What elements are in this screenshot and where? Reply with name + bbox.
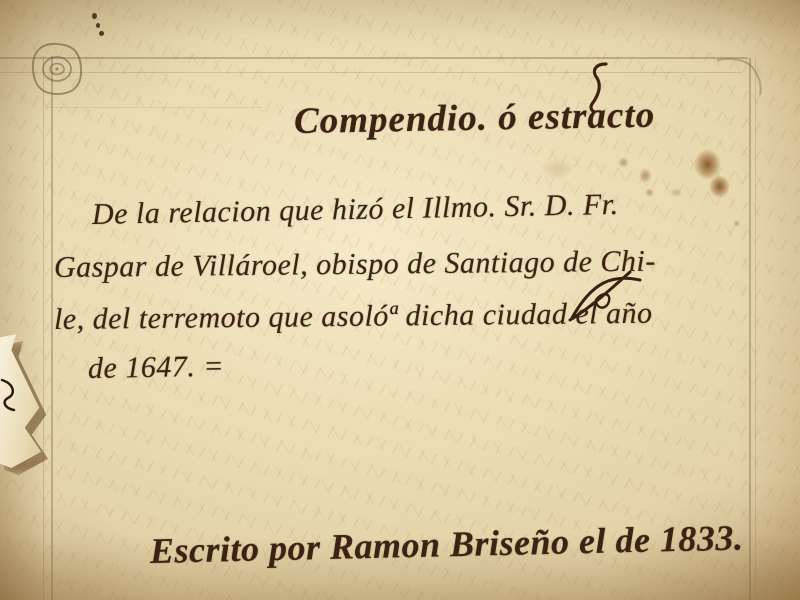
- body-line-4: de 1647. =: [88, 350, 225, 386]
- right-margin-rule: [749, 58, 751, 600]
- ink-stain: [618, 157, 629, 168]
- ink-stain: [639, 168, 652, 183]
- left-margin-rule-2: [51, 56, 53, 600]
- manuscript-page: Compendio. ó estracto De la relacion que…: [0, 0, 800, 600]
- body-line-3: le, del terremoto que asolóª dicha ciuda…: [54, 297, 653, 337]
- ink-stain: [670, 188, 682, 197]
- page-title: Compendio. ó estracto: [294, 94, 656, 143]
- top-rule-line: [0, 57, 748, 59]
- ink-stain: [709, 175, 730, 198]
- ink-speck: [92, 13, 97, 19]
- ink-speck: [99, 31, 104, 36]
- ink-stain: [645, 188, 654, 197]
- ink-stain: [540, 158, 574, 180]
- right-margin-rule-2: [755, 58, 756, 600]
- footer-line: Escrito por Ramon Briseño el de 1833.: [150, 517, 744, 572]
- body-line-2: Gaspar de Villároel, obispo de Santiago …: [54, 245, 656, 285]
- top-rule-line-2: [0, 72, 742, 73]
- ink-speck: [96, 23, 100, 28]
- corner-curve-mark: [715, 38, 767, 96]
- ink-stain: [733, 220, 740, 227]
- fragment-ink-squiggle: [0, 378, 22, 412]
- left-margin-rule: [43, 56, 44, 600]
- corner-doodle-icon: [28, 40, 86, 98]
- faint-pencil-line: [46, 107, 261, 108]
- body-line-1: De la relacion que hizó el Illmo. Sr. D.…: [92, 188, 619, 232]
